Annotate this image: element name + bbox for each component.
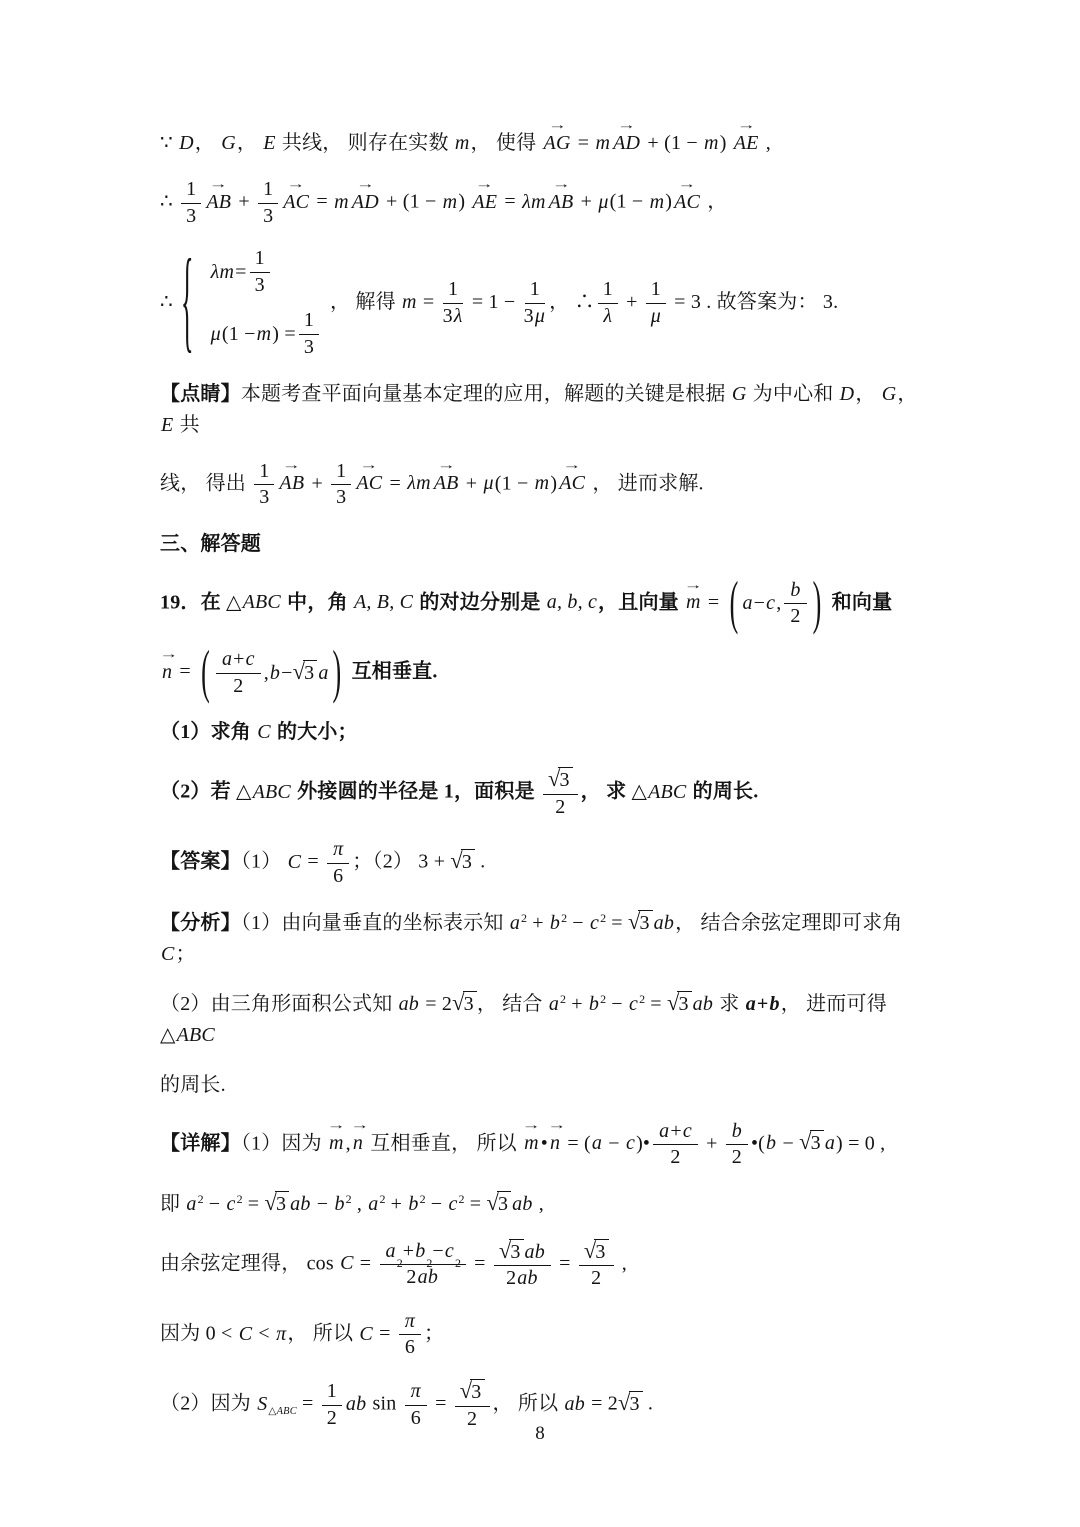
text-run: ∵	[160, 132, 178, 154]
text-run: =	[374, 1323, 396, 1345]
text-run: ， 结合	[477, 993, 548, 1015]
vector-arrow-icon: →	[520, 1119, 542, 1131]
text-run: +	[527, 912, 549, 934]
text-run-bold: 【分析】	[160, 912, 241, 934]
text-run: )	[720, 132, 732, 154]
text-run: +	[575, 191, 597, 213]
text-run: .	[475, 851, 485, 873]
line-detail-1: 【详解】（1）因为 →m,→n 互相垂直， 所以 →m•→n = (a − c)…	[160, 1120, 935, 1170]
math-variable: C	[256, 721, 272, 743]
math-variable: m	[256, 319, 273, 350]
math-variable: μ	[597, 191, 609, 213]
math-variable: ABC	[252, 781, 292, 803]
vector: →AB	[206, 187, 231, 218]
text-run: =	[469, 1252, 491, 1274]
text-run: =	[302, 851, 324, 873]
line-detail-3: 由余弦定理得， cos C = a2 + b2 − c22ab = √3ab2a…	[160, 1239, 935, 1291]
right-paren-icon: )	[810, 557, 825, 650]
math-variable: c	[444, 1240, 455, 1264]
fraction-denominator: 6	[405, 1335, 415, 1360]
math-variable: π	[275, 1323, 287, 1345]
vector: →AB	[549, 187, 574, 218]
vector-name: n	[353, 1132, 363, 1154]
fraction-denominator: 3λ	[443, 304, 464, 329]
text-run: 3	[639, 912, 649, 934]
line-q19-stem-1: 19．在 △ABC 中，角 A, B, C 的对边分别是 a, b, c，且向量…	[160, 579, 935, 629]
vector-name: AB	[434, 472, 459, 494]
text-run-bold: 的大小；	[272, 721, 358, 743]
math-variable: ABC	[647, 781, 687, 803]
text-run: ， 进而求解.	[587, 472, 704, 494]
vector-arrow-icon: →	[466, 178, 503, 190]
square-root: √3	[264, 1191, 289, 1217]
math-variable: a	[367, 1193, 379, 1215]
text-run: 2	[506, 1267, 516, 1291]
text-run: 的周长.	[160, 1074, 226, 1096]
square-root: √3	[450, 849, 475, 875]
text-run: 3	[595, 1241, 605, 1263]
math-variable: a	[317, 658, 329, 689]
math-variable: ab	[345, 1393, 367, 1415]
square-root: √3	[628, 910, 653, 936]
text-run: .	[643, 1393, 653, 1415]
text-run: ， 所以	[287, 1323, 358, 1345]
math-variable: a, b, c	[546, 591, 598, 613]
text-run: +	[566, 993, 588, 1015]
text-run: 6	[405, 1336, 415, 1360]
text-run: =	[554, 1252, 576, 1274]
text-run: ,	[776, 588, 781, 619]
text-run: 3	[678, 993, 688, 1015]
fraction: √32	[543, 767, 578, 819]
math-variable: b	[731, 1120, 743, 1144]
radicand: 3	[470, 1379, 484, 1405]
text-run: ，	[855, 383, 880, 405]
math-variable: m	[401, 291, 418, 313]
math-variable: C	[287, 851, 303, 873]
math-variable: π	[332, 838, 344, 862]
fraction: 13	[250, 247, 270, 297]
text-run: + (1 −	[381, 191, 442, 213]
math-variable: λm	[521, 191, 547, 213]
text-run: 3	[630, 1393, 640, 1415]
paren-content: a − c , b2	[741, 579, 809, 629]
text-run: =	[235, 257, 246, 288]
vector-arrow-icon: →	[277, 178, 316, 190]
math-variable: ABC	[242, 591, 282, 613]
square-root: √3	[548, 767, 573, 793]
text-run: =	[174, 661, 196, 683]
math-variable: C	[160, 943, 176, 965]
text-run: 3	[510, 1241, 520, 1263]
text-run: 1	[336, 460, 346, 484]
square-root: √3	[584, 1239, 609, 1265]
math-variable: G	[220, 132, 237, 154]
left-paren-icon: (	[727, 557, 742, 650]
text-run-bold: 外接圆的半径是 1，面积是	[292, 781, 540, 803]
text-run: 1	[304, 309, 314, 333]
fraction-numerator: 1	[299, 309, 319, 335]
text-run-bold: 【点睛】	[160, 383, 241, 405]
math-variable: μ	[482, 472, 494, 494]
math-variable: c	[628, 993, 639, 1015]
vector-name: m	[524, 1132, 539, 1154]
text-run: 3	[443, 305, 453, 329]
document-page: ∵ D， G， E 共线， 则存在实数 m， 使得 →AG = m→AD + (…	[0, 0, 1080, 1527]
text-run: +	[621, 291, 643, 313]
fraction-numerator: √3	[455, 1379, 490, 1407]
radicand: 3	[303, 660, 317, 686]
text-run: +	[461, 472, 483, 494]
fraction-numerator: 1	[181, 178, 201, 204]
radicand: 3	[275, 1191, 289, 1217]
math-variable: m	[649, 191, 666, 213]
vector: →n	[550, 1128, 560, 1159]
fraction: a + c2	[216, 648, 261, 698]
fraction-denominator: 3	[304, 335, 314, 360]
text-run: ， 结合余弦定理即可求角	[675, 912, 902, 934]
text-run: ,	[617, 1252, 627, 1274]
text-run: =	[499, 191, 521, 213]
vector: →AE	[472, 187, 497, 218]
fraction-numerator: a2 + b2 − c2	[380, 1240, 466, 1266]
text-run: 1	[603, 278, 613, 302]
text-run-bold: 19．在	[160, 591, 226, 613]
fraction-numerator: √3	[579, 1239, 614, 1267]
vector-name: AB	[549, 191, 574, 213]
vector: →AB	[279, 468, 304, 499]
math-variable: λ	[602, 305, 613, 329]
text-run: 互相垂直， 所以	[365, 1132, 522, 1154]
text-run: 因为 0 <	[160, 1323, 238, 1345]
text-run: −	[606, 993, 628, 1015]
vector-arrow-icon: →	[547, 1119, 562, 1131]
math-variable: λ	[453, 305, 464, 329]
fraction-numerator: √3	[543, 767, 578, 795]
radicand: 3	[629, 1391, 643, 1417]
text-run: −	[426, 1193, 448, 1215]
fraction-denominator: 6	[333, 864, 343, 889]
square-root: √3	[667, 991, 692, 1017]
vector-name: n	[162, 661, 172, 683]
math-variable: a	[741, 588, 753, 619]
fraction-numerator: 1	[258, 178, 278, 204]
radicand: 3	[463, 991, 477, 1017]
math-variable: μ	[650, 305, 662, 329]
math-variable: ABC	[176, 1024, 216, 1046]
math-variable: a	[509, 912, 521, 934]
vector-name: AC	[283, 191, 309, 213]
vector-name: AB	[279, 472, 304, 494]
math-variable: μ	[534, 305, 546, 329]
math-variable: c	[226, 1193, 237, 1215]
vector-arrow-icon: →	[668, 178, 707, 190]
text-run: 3	[304, 336, 314, 360]
text-run: ；（2） 3 +	[352, 851, 450, 873]
text-run: ，	[897, 383, 917, 405]
text-run-bold: 和向量	[826, 591, 892, 613]
fraction: 13	[254, 460, 274, 510]
paren-group: (a − c , b2)	[727, 579, 825, 629]
text-run: + (1 −	[642, 132, 703, 154]
radicand: 3	[509, 1239, 523, 1265]
text-run: ， 所以	[493, 1393, 564, 1415]
fraction-numerator: 1	[646, 278, 666, 304]
vector: →n	[162, 657, 172, 688]
fraction-denominator: 2ab	[406, 1265, 439, 1290]
vector-arrow-icon: →	[537, 119, 578, 131]
line-because-collinear: ∵ D， G， E 共线， 则存在实数 m， 使得 →AG = m→AD + (…	[160, 128, 935, 159]
page-number: 8	[535, 1423, 545, 1444]
text-run: −	[432, 1240, 443, 1264]
fraction-numerator: 1	[331, 460, 351, 486]
text-run: −	[312, 1193, 334, 1215]
fraction: √3ab2ab	[494, 1239, 551, 1291]
text-run-bold: （2）若	[160, 781, 236, 803]
line-q19-stem-2: →n = (a + c2 , b − √3a) 互相垂直.	[160, 648, 935, 698]
math-variable: S	[256, 1393, 268, 1415]
math-variable: a	[658, 1120, 670, 1144]
text-run: = 2	[586, 1393, 618, 1415]
fraction-denominator: 2	[790, 604, 800, 629]
text-run: = 2	[420, 993, 452, 1015]
vector-name: AC	[674, 191, 700, 213]
vector-name: AD	[352, 191, 379, 213]
math-variable: λm	[406, 472, 432, 494]
text-run: ,	[534, 1193, 544, 1215]
vector-name: AC	[356, 472, 382, 494]
math-variable: b	[407, 1193, 419, 1215]
text-run: 线， 得出	[160, 472, 251, 494]
square-root: √3	[499, 1239, 524, 1265]
vector-arrow-icon: →	[350, 459, 389, 471]
text-run: ， 使得	[471, 132, 542, 154]
math-variable: C	[339, 1252, 355, 1274]
text-run: ∴	[160, 291, 173, 313]
vector-arrow-icon: →	[159, 648, 174, 660]
vector-arrow-icon: →	[325, 1119, 347, 1131]
text-run: (1 −	[222, 319, 256, 350]
vector-name: AG	[544, 132, 571, 154]
math-variable: a	[385, 1240, 397, 1264]
fraction: 13	[258, 178, 278, 228]
math-variable: m	[703, 132, 720, 154]
vector-name: AB	[206, 191, 231, 213]
square-root: √3	[799, 1130, 824, 1156]
text-run: ,	[346, 1132, 351, 1154]
fraction-denominator: 2	[233, 674, 243, 699]
text-run: 3	[259, 486, 269, 510]
fraction: π6	[399, 1310, 421, 1360]
vector: →AC	[674, 187, 700, 218]
text-run: −	[567, 912, 589, 934]
math-variable: C	[238, 1323, 254, 1345]
text-run: 2	[555, 796, 565, 820]
text-run: 1	[259, 460, 269, 484]
radicand: 3	[677, 991, 691, 1017]
text-run: = 3 . 故答案为： 3.	[669, 291, 838, 313]
text-run: −	[777, 1132, 799, 1154]
equation-system-rows: λm = 13μ(1 − m) = 13	[210, 247, 322, 359]
text-run-bold: 三、解答题	[160, 533, 261, 555]
text-run: (1 −	[610, 191, 649, 213]
text-run: 3	[524, 305, 534, 329]
fraction-denominator: 3	[263, 204, 273, 229]
math-variable: b	[414, 1240, 426, 1264]
text-run: )	[665, 191, 672, 213]
math-variable: π	[410, 1380, 422, 1404]
square-root: √3	[618, 1391, 643, 1417]
text-run: −	[281, 658, 292, 689]
text-run: （2）因为	[160, 1393, 256, 1415]
fraction-denominator: λ	[602, 304, 613, 329]
text-run-bold: +	[757, 993, 769, 1015]
text-run: 1	[327, 1380, 337, 1404]
math-variable: μ	[210, 319, 222, 350]
text-run: ) =	[272, 319, 296, 350]
vector: →AG	[544, 128, 571, 159]
line-analysis-2: （2）由三角形面积公式知 ab = 2√3， 结合 a2 + b2 − c2 =…	[160, 989, 935, 1051]
math-variable: b	[789, 579, 801, 603]
fraction: 1μ	[646, 278, 666, 328]
text-run: (1 −	[495, 472, 534, 494]
math-variable: a	[185, 1193, 197, 1215]
vector: →m	[329, 1128, 344, 1159]
fraction-denominator: 2	[555, 795, 565, 820]
math-variable: E	[262, 132, 276, 154]
text-run-bold: 【答案】	[160, 851, 241, 873]
text-run: )	[550, 472, 557, 494]
fraction-numerator: √3ab	[494, 1239, 551, 1267]
text-run: ∴	[160, 191, 178, 213]
vector: →m	[686, 587, 701, 618]
equation-row: λm = 13	[210, 247, 273, 297]
math-variable: ab	[398, 993, 420, 1015]
text-run: 2	[732, 1146, 742, 1170]
page-footer: 8	[0, 1423, 1080, 1445]
math-variable: c	[765, 588, 776, 619]
text-run: 1	[448, 278, 458, 302]
paren-group: (a + c2 , b − √3a)	[198, 648, 344, 698]
math-variable: a	[221, 648, 233, 672]
text-run: =	[311, 191, 333, 213]
text-run: 2	[406, 1266, 416, 1290]
math-variable: ab	[289, 1193, 311, 1215]
fraction: a + c2	[653, 1120, 698, 1170]
text-run: 1	[255, 247, 265, 271]
line-system-and-solution: ∴{λm = 13μ(1 − m) = 13， 解得 m = 13λ = 1 −…	[160, 247, 935, 359]
text-run: 3	[811, 1132, 821, 1154]
fraction-numerator: a + c	[653, 1120, 698, 1146]
text-run: 共	[174, 414, 199, 436]
vector: →AD	[352, 187, 379, 218]
vector: →AC	[283, 187, 309, 218]
text-run: ， 进而可得	[781, 993, 887, 1015]
fraction-denominator: 2	[732, 1145, 742, 1170]
text-run: 本题考查平面向量基本定理的应用，解题的关键是根据	[241, 383, 731, 405]
square-root: √3	[293, 660, 318, 686]
fraction-denominator: 3μ	[524, 304, 546, 329]
line-dianjing-1: 【点睛】本题考查平面向量基本定理的应用，解题的关键是根据 G 为中心和 D， G…	[160, 379, 935, 441]
text-run: 求	[714, 993, 745, 1015]
fraction-numerator: b	[784, 579, 806, 605]
text-run: ， ∴	[549, 291, 595, 313]
text-run: 3	[464, 993, 474, 1015]
text-run: 1	[530, 278, 540, 302]
text-run: 2	[591, 1267, 601, 1291]
fraction-denominator: 2	[591, 1266, 601, 1291]
text-run: −	[754, 588, 765, 619]
square-root: √3	[486, 1191, 511, 1217]
square-root: √3	[452, 991, 477, 1017]
text-run: sin	[367, 1393, 401, 1415]
text-run: <	[253, 1323, 275, 1345]
math-variable: m	[534, 472, 551, 494]
text-run: = (	[562, 1132, 591, 1154]
math-variable: E	[160, 414, 174, 436]
line-section-heading: 三、解答题	[160, 529, 935, 560]
text-run: •	[541, 1132, 548, 1154]
text-run: 3	[255, 274, 265, 298]
vector-arrow-icon: →	[200, 178, 237, 190]
text-run: ，	[237, 132, 262, 154]
vector-arrow-icon: →	[345, 178, 386, 190]
fraction-denominator: 2ab	[506, 1266, 539, 1291]
math-variable: a	[548, 993, 560, 1015]
vector-name: n	[550, 1132, 560, 1154]
math-variable: c	[245, 648, 256, 672]
text-run: ，	[702, 191, 727, 213]
math-variable: ab	[417, 1266, 439, 1290]
text-run-bold: ， 求	[581, 781, 632, 803]
line-analysis-3: 的周长.	[160, 1070, 935, 1101]
fraction: √32	[579, 1239, 614, 1291]
math-variable: π	[404, 1310, 416, 1334]
fraction-numerator: 1	[250, 247, 270, 273]
math-variable: m	[594, 132, 611, 154]
fraction: 13μ	[524, 278, 546, 328]
vector-arrow-icon: →	[728, 119, 765, 131]
text-run: 3	[304, 662, 314, 684]
vector-arrow-icon: →	[273, 459, 310, 471]
math-variable: a	[591, 1132, 603, 1154]
radicand: 3	[638, 910, 652, 936]
math-variable: b	[765, 1132, 777, 1154]
line-q19-part1: （1）求角 C 的大小；	[160, 717, 935, 748]
text-run: =	[418, 291, 440, 313]
text-run: =	[430, 1393, 452, 1415]
text-run: )•	[636, 1132, 650, 1154]
text-run-bold: 中，角	[282, 591, 353, 613]
math-variable: ab	[524, 1241, 546, 1265]
text-run: = 1 −	[467, 291, 521, 313]
math-variable: b	[588, 993, 600, 1015]
line-q19-part2: （2）若 △ABC 外接圆的半径是 1，面积是 √32， 求 △ABC 的周长.	[160, 767, 935, 819]
math-variable: c	[447, 1193, 458, 1215]
radicand: 3	[497, 1191, 511, 1217]
text-run: △	[631, 781, 647, 803]
text-run: △	[226, 591, 242, 613]
text-run: 6	[333, 865, 343, 889]
text-run: =	[645, 993, 667, 1015]
vector-name: AD	[613, 132, 640, 154]
square-root: √3	[460, 1379, 485, 1405]
radicand: 3	[558, 767, 572, 793]
left-paren-icon: (	[198, 627, 213, 720]
fraction-denominator: 3	[255, 273, 265, 298]
vector-name: AE	[734, 132, 759, 154]
vector: →AE	[734, 128, 759, 159]
